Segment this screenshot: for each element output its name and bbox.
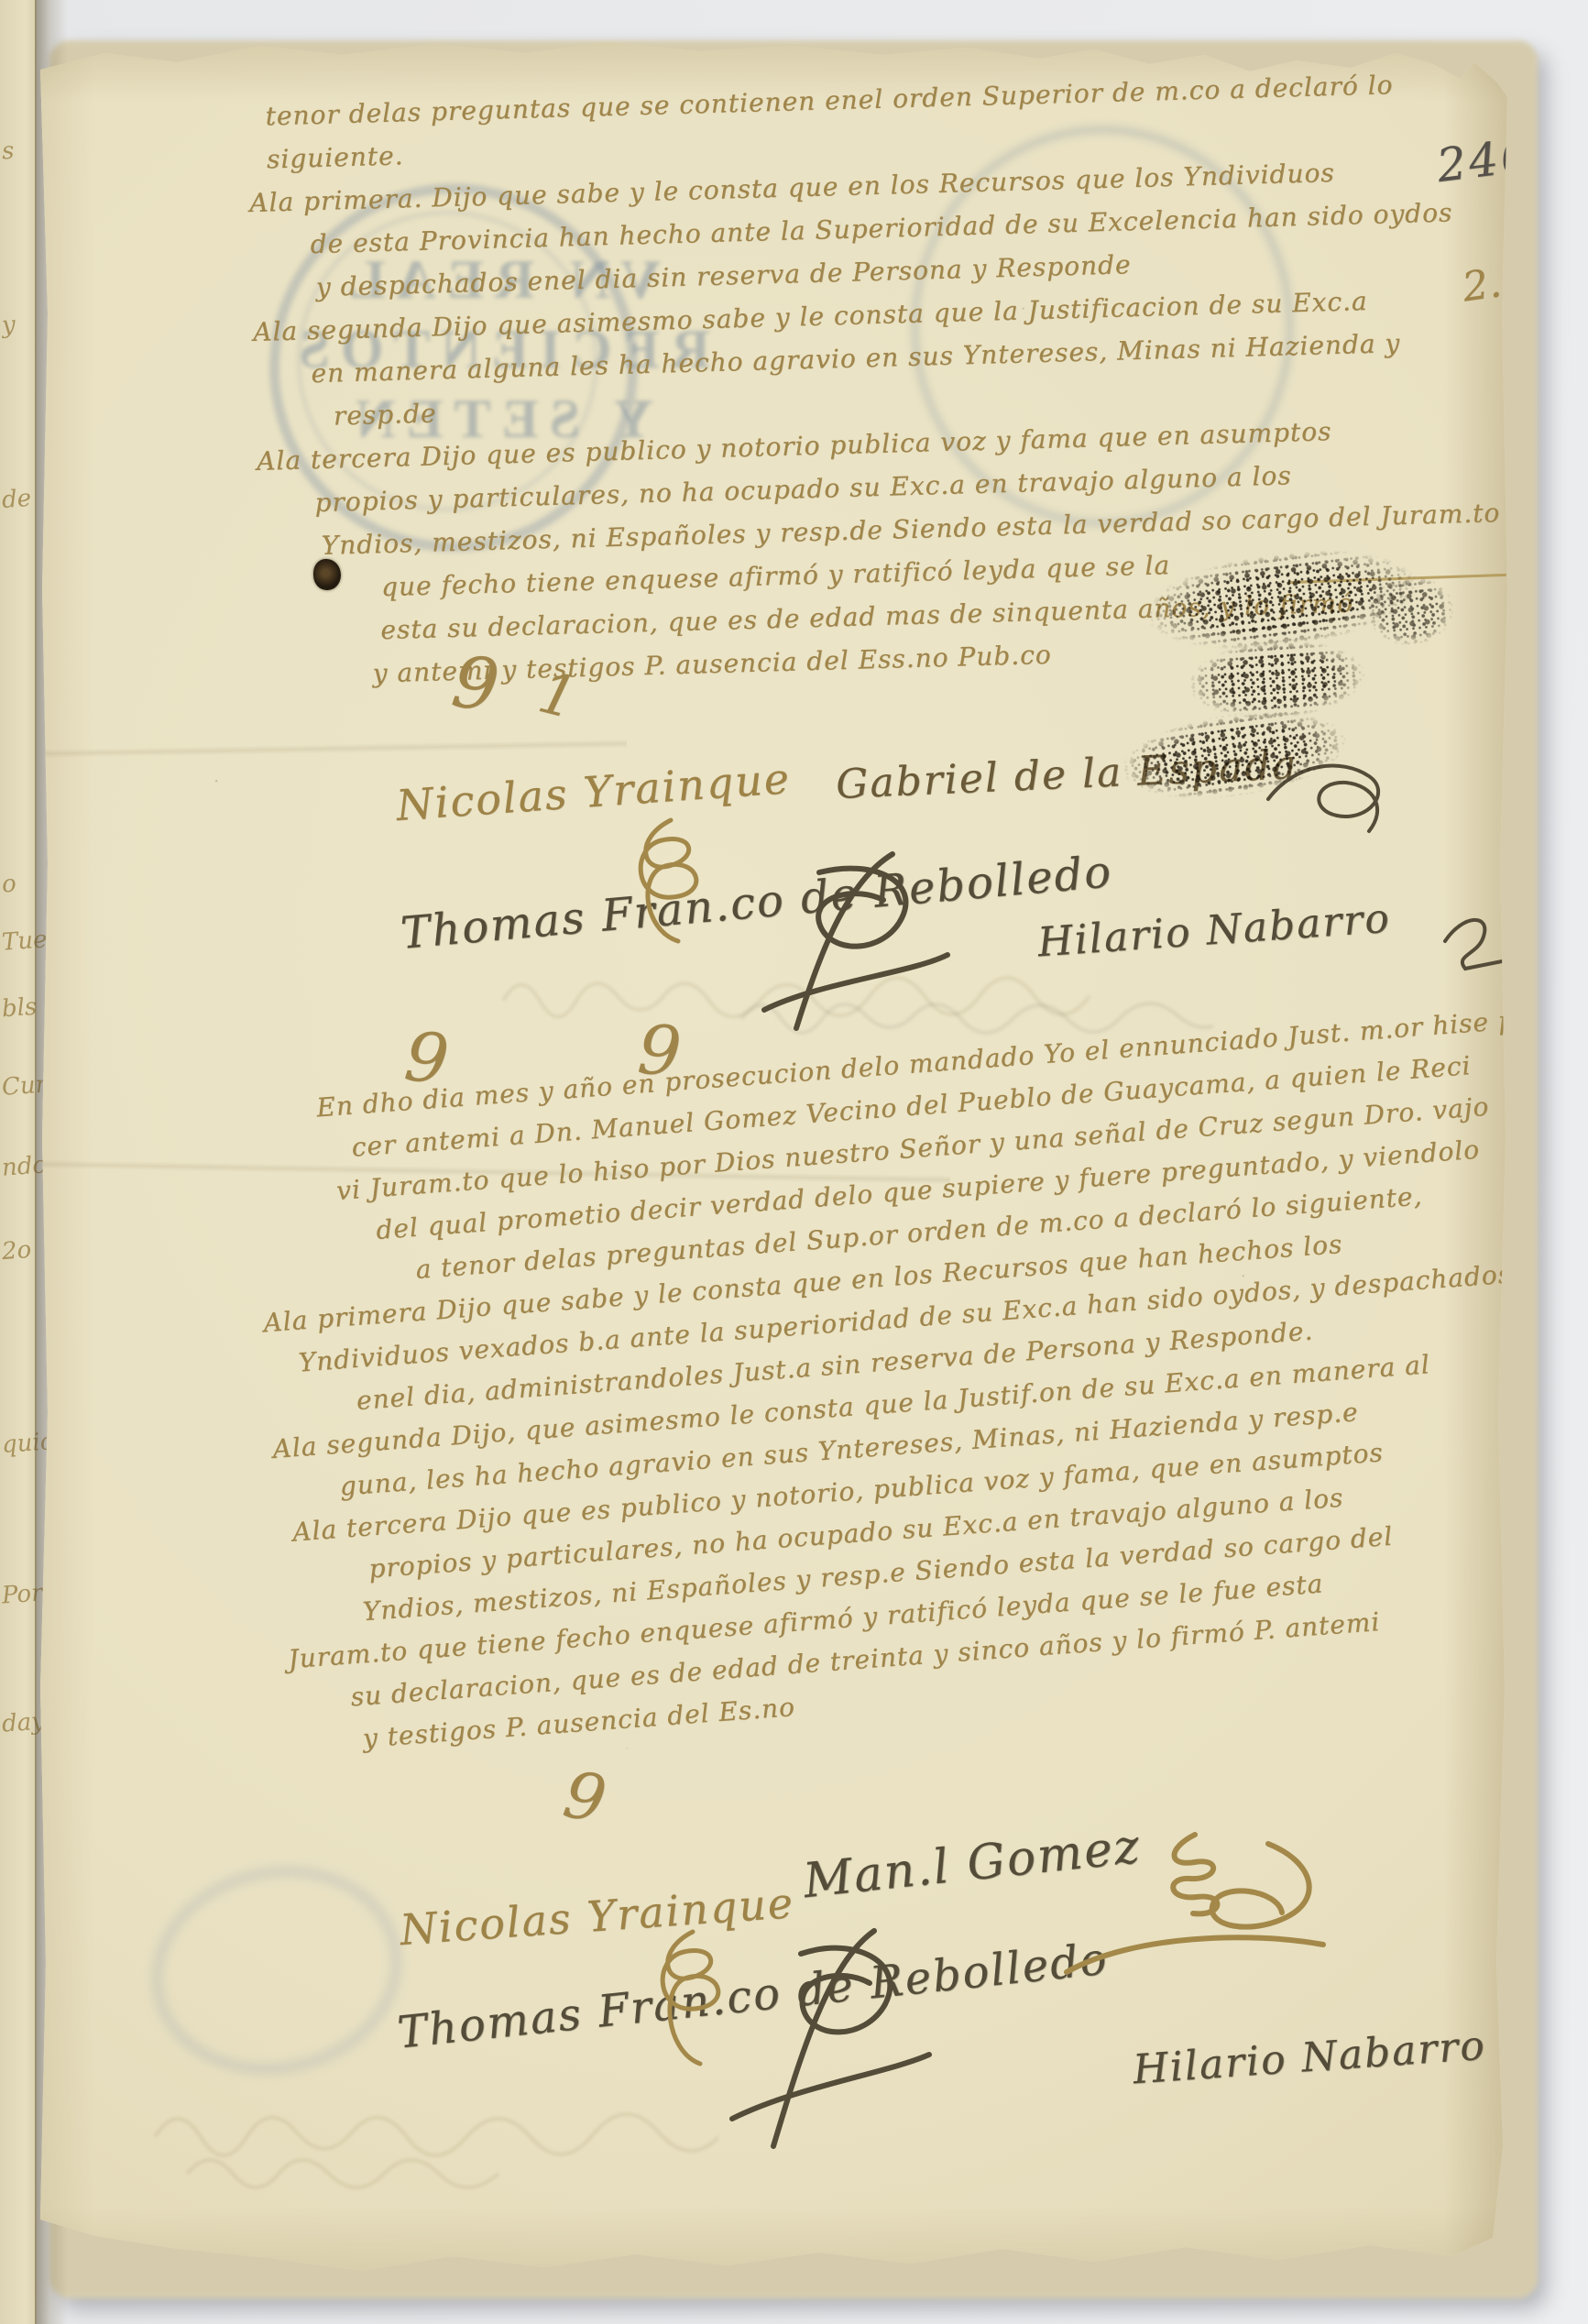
signature-rubric [1048,1825,1351,2009]
verso-text-fragment: s [1,137,15,166]
signature-hilario-nabarro: Hilario Nabarro [1132,2023,1488,2094]
bleed-through-stamp-ring [132,1843,422,2098]
signature-hilario-nabarro: Hilario Nabarro [1036,895,1393,967]
signature-nicolas-yrainque: Nicolas Yrainque [395,753,793,830]
pen-flourish-mark: 9 [558,1757,611,1837]
signature-rubric [682,1917,947,2174]
verso-text-fragment: de [1,485,32,514]
manuscript-page: VN REALRECIENTOSY SETEN 246 2.a d tenor … [40,38,1507,2288]
verso-text-fragment: bls [1,993,38,1024]
previous-folio-edge: sydeoTueblsCunndo2oquioPorday [0,0,37,2324]
scanned-manuscript: sydeoTueblsCunndo2oquioPorday VN REALREC… [0,0,1588,2324]
bleed-through-writing [150,2082,718,2192]
paper-crease [40,739,627,758]
verso-text-fragment: y [1,312,16,340]
deposition-second-paragraph: En dho dia mes y año en prosecucion delo… [246,998,1575,1765]
verso-text-fragment: o [1,870,17,898]
verso-text-fragment: 2o [1,1236,32,1266]
signature-rubric [607,813,726,959]
ink-blot [313,559,341,590]
signature-rubric [709,845,966,1056]
